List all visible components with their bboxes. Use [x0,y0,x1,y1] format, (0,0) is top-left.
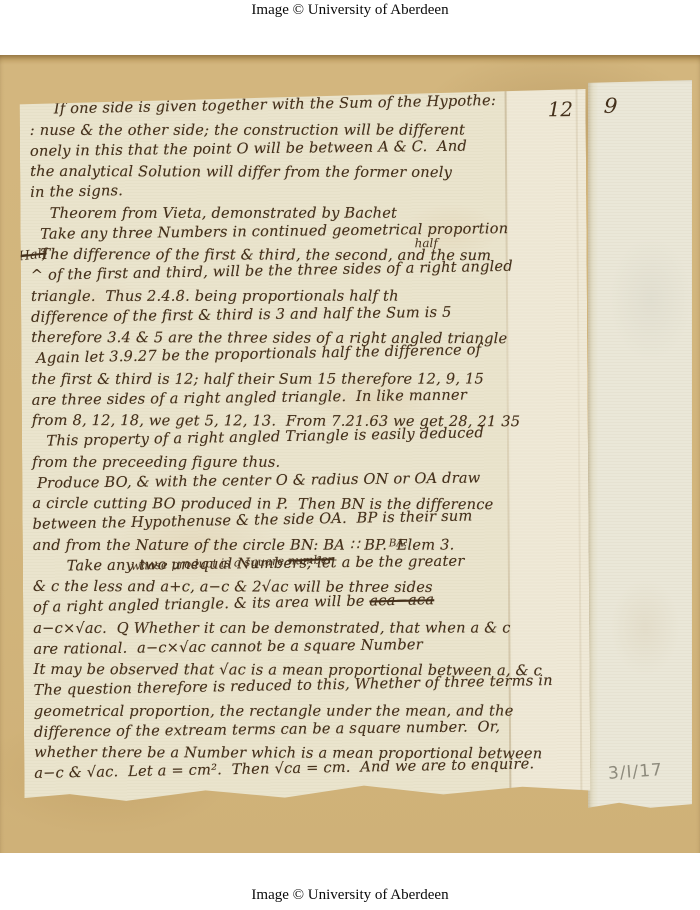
copyright-caption-bottom: Image © University of Aberdeen [0,887,700,904]
manuscript-line: If one side is given together with the S… [29,92,511,122]
manuscript-scan: Image © University of Aberdeen 9 3/I/17 … [0,0,700,910]
page-number-left: 12 [548,97,574,121]
annotation-superscript-ba: BA: [389,537,408,549]
mat-background: 9 3/I/17 12 If one side is given togethe… [0,55,700,853]
annotation-interline-product-struck: number [288,552,334,567]
manuscript-page-main: 12 If one side is given together with th… [20,89,591,803]
manuscript-page-right: 9 3/I/17 [588,80,692,810]
annotation-margin-half: Half [18,246,48,264]
page-number-right: 9 [603,94,618,119]
page-edge-crease [576,89,583,799]
shelfmark-pencil: 3/I/17 [607,760,663,784]
annotation-interline-half: half [415,236,438,250]
manuscript-text-block: If one side is given together with the S… [30,98,517,795]
copyright-caption-top: Image © University of Aberdeen [0,2,700,19]
